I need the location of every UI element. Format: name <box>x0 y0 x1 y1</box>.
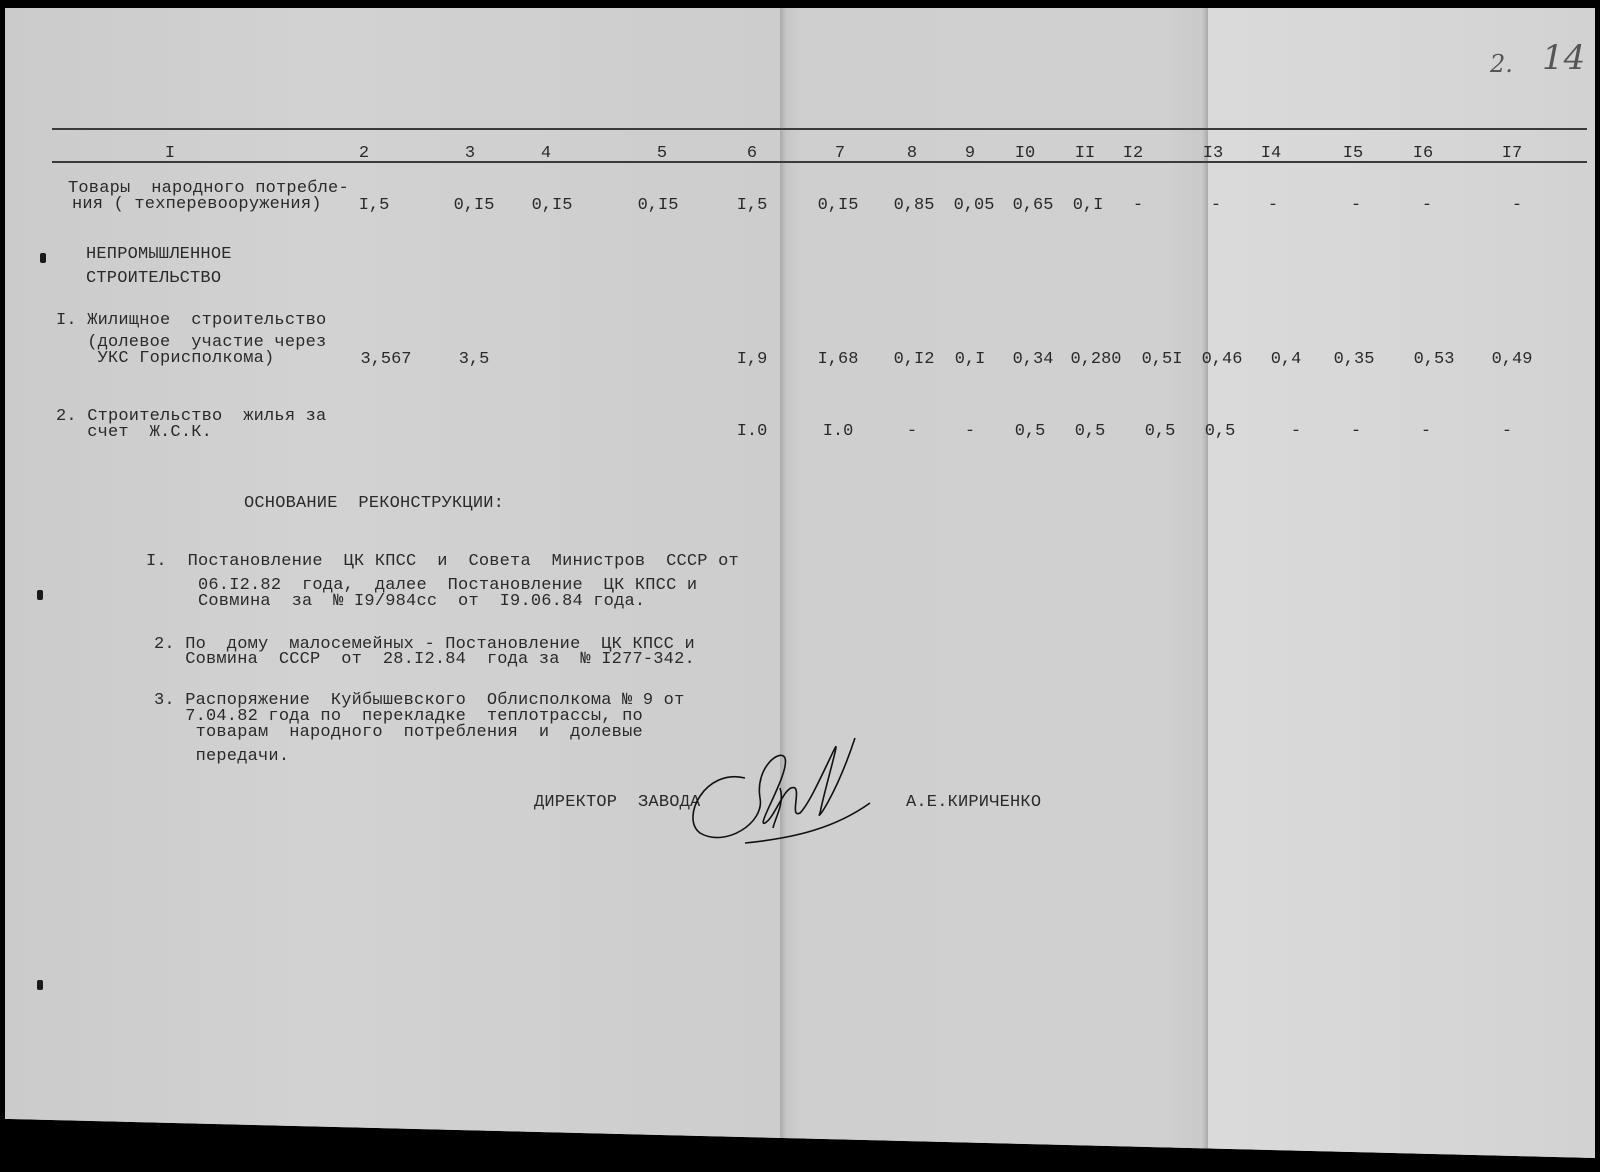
column-header: I6 <box>1413 144 1433 163</box>
table-cell: 0,35 <box>1334 350 1375 369</box>
table-cell: - <box>1502 422 1512 441</box>
table-top-rule <box>52 128 1587 130</box>
column-header: 6 <box>747 144 757 163</box>
table-cell: 0,53 <box>1414 350 1455 369</box>
column-header: 5 <box>657 144 667 163</box>
table-cell: - <box>1133 196 1143 215</box>
column-header: 2 <box>359 144 369 163</box>
column-header: I2 <box>1123 144 1143 163</box>
table-cell: 0,I5 <box>818 196 859 215</box>
page-panel-middle <box>780 8 1208 1158</box>
page-mark-left: 2. <box>1490 50 1513 78</box>
table-cell: 0,5 <box>1075 422 1106 441</box>
basis-line: I. Постановление ЦК КПСС и Совета Минист… <box>146 553 739 570</box>
table-cell: 3,5 <box>459 350 490 369</box>
table-cell: - <box>1351 422 1361 441</box>
column-header: 8 <box>907 144 917 163</box>
table-cell: 0,34 <box>1013 350 1054 369</box>
table-cell: 0,5I <box>1142 350 1183 369</box>
table-cell: 0,65 <box>1013 196 1054 215</box>
column-header: 3 <box>465 144 475 163</box>
punch-hole <box>37 980 43 990</box>
section-heading: НЕПРОМЫШЛЕННОЕ <box>86 246 232 263</box>
table-cell: - <box>1512 196 1522 215</box>
column-header: I3 <box>1203 144 1223 163</box>
column-header: 7 <box>835 144 845 163</box>
table-cell: 0,I2 <box>894 350 935 369</box>
table-cell: - <box>1421 422 1431 441</box>
table-cell: I,9 <box>737 350 768 369</box>
basis-line: передачи. <box>154 748 289 765</box>
table-cell: 0,5 <box>1015 422 1046 441</box>
basis-line: Совмина СССР от 28.I2.84 года за № I277-… <box>154 651 695 668</box>
table-cell: 0,85 <box>894 196 935 215</box>
column-header: 4 <box>541 144 551 163</box>
punch-hole <box>37 590 43 600</box>
table-cell: 0,I <box>955 350 986 369</box>
fold-line <box>1202 8 1208 1158</box>
punch-hole <box>40 253 46 263</box>
table-cell: 0,I5 <box>532 196 573 215</box>
row-label: I. Жилищное строительство <box>56 312 326 329</box>
basis-line: Совмина за № I9/984сс от I9.06.84 года. <box>146 593 645 610</box>
table-cell: I,5 <box>359 196 390 215</box>
table-cell: 3,567 <box>360 350 411 369</box>
table-cell: I,68 <box>818 350 859 369</box>
column-header: 9 <box>965 144 975 163</box>
signatory-title: ДИРЕКТОР ЗАВОДА <box>534 794 700 811</box>
signatory-name: А.Е.КИРИЧЕНКО <box>906 794 1041 811</box>
table-cell: I,5 <box>737 196 768 215</box>
row-label: УКС Горисполкома) <box>56 350 274 367</box>
column-header: I <box>165 144 175 163</box>
table-cell: - <box>1422 196 1432 215</box>
table-cell: I.0 <box>823 422 854 441</box>
table-cell: 0,49 <box>1492 350 1533 369</box>
table-cell: 0,I5 <box>454 196 495 215</box>
basis-title: ОСНОВАНИЕ РЕКОНСТРУКЦИИ: <box>244 495 504 512</box>
signature-icon <box>685 728 885 858</box>
row-label: счет Ж.С.К. <box>56 424 212 441</box>
fold-line <box>780 8 786 1158</box>
table-cell: 0,I <box>1073 196 1104 215</box>
section-heading: СТРОИТЕЛЬСТВО <box>86 270 221 287</box>
column-header: II <box>1075 144 1095 163</box>
table-cell: 0,05 <box>954 196 995 215</box>
page-mark-right: 14 <box>1542 38 1585 78</box>
column-header: I0 <box>1015 144 1035 163</box>
table-cell: - <box>1211 196 1221 215</box>
column-header: I7 <box>1502 144 1522 163</box>
row-label: ния ( техперевооружения) <box>72 196 322 213</box>
table-cell: - <box>1291 422 1301 441</box>
table-cell: 0,46 <box>1202 350 1243 369</box>
table-cell: - <box>1268 196 1278 215</box>
table-cell: - <box>965 422 975 441</box>
page-panel-right <box>1208 8 1595 1158</box>
column-header: I5 <box>1343 144 1363 163</box>
table-cell: 0,I5 <box>638 196 679 215</box>
basis-line: товарам народного потребления и долевые <box>154 724 643 741</box>
table-cell: 0,5 <box>1205 422 1236 441</box>
table-cell: I.0 <box>737 422 768 441</box>
table-cell: 0,280 <box>1070 350 1121 369</box>
table-cell: - <box>1351 196 1361 215</box>
column-header: I4 <box>1261 144 1281 163</box>
table-cell: - <box>907 422 917 441</box>
table-cell: 0,4 <box>1271 350 1302 369</box>
table-cell: 0,5 <box>1145 422 1176 441</box>
